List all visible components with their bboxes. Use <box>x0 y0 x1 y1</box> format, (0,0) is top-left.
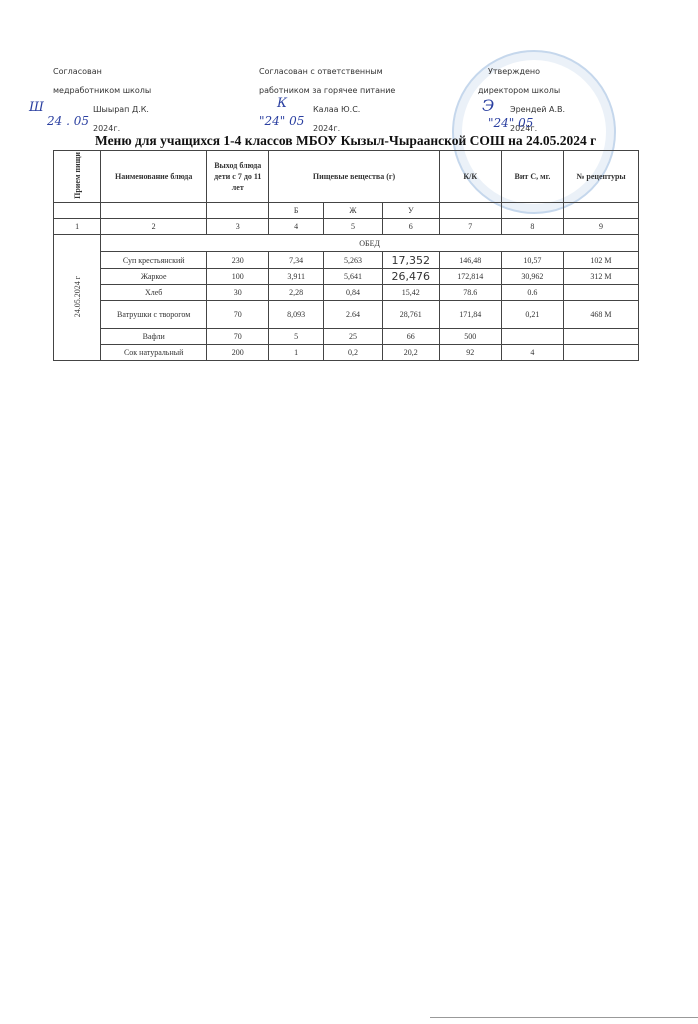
column-number: 1 <box>54 219 101 235</box>
header-recipe: № рецептуры <box>563 151 638 203</box>
carbs-cell: 28,761 <box>382 301 439 329</box>
kcal-cell: 500 <box>439 329 501 345</box>
header-kcal: К/К <box>439 151 501 203</box>
recipe-cell: 102 М <box>563 252 638 269</box>
recipe-cell <box>563 345 638 361</box>
approval-block-food-manager: Согласован с ответственным работником за… <box>259 62 395 138</box>
subheader-fat: Ж <box>323 203 382 219</box>
fat-cell: 5,263 <box>323 252 382 269</box>
column-number: 5 <box>323 219 382 235</box>
dish-name: Вафли <box>101 329 207 345</box>
recipe-cell: 468 М <box>563 301 638 329</box>
column-number: 9 <box>563 219 638 235</box>
vitc-cell: 30,962 <box>501 269 563 285</box>
fat-cell: 0,84 <box>323 285 382 301</box>
column-number-row: 1 2 3 4 5 6 7 8 9 <box>54 219 639 235</box>
handwritten-signature: Э <box>482 96 494 115</box>
vitc-cell: 0,21 <box>501 301 563 329</box>
kcal-cell: 172,814 <box>439 269 501 285</box>
protein-cell: 8,093 <box>269 301 324 329</box>
dish-name: Жаркое <box>101 269 207 285</box>
carbs-cell: 66 <box>382 329 439 345</box>
table-row: Жаркое 100 3,911 5,641 26,476 172,814 30… <box>54 269 639 285</box>
subheader-row: Б Ж У <box>54 203 639 219</box>
yield-cell: 200 <box>207 345 269 361</box>
dish-name: Суп крестьянский <box>101 252 207 269</box>
fat-cell: 25 <box>323 329 382 345</box>
approval-line-1: Согласован с ответственным <box>259 62 395 81</box>
dish-name: Хлеб <box>101 285 207 301</box>
approval-block-medic: Согласован медработником школы Шыырап Д.… <box>53 62 151 138</box>
yield-cell: 100 <box>207 269 269 285</box>
carbs-cell: 17,352 <box>382 252 439 269</box>
table-row: Сок натуральный 200 1 0,2 20,2 92 4 <box>54 345 639 361</box>
fat-cell: 5,641 <box>323 269 382 285</box>
menu-table: Прием пищи Наименование блюда Выход блюд… <box>53 150 639 361</box>
document-title: Меню для учащихся 1-4 классов МБОУ Кызыл… <box>95 133 635 149</box>
kcal-cell: 78.6 <box>439 285 501 301</box>
header-row: Прием пищи Наименование блюда Выход блюд… <box>54 151 639 203</box>
column-number: 8 <box>501 219 563 235</box>
carbs-cell: 15,42 <box>382 285 439 301</box>
column-number: 2 <box>101 219 207 235</box>
vitc-cell <box>501 329 563 345</box>
subheader-carbs: У <box>382 203 439 219</box>
vitc-cell: 10,57 <box>501 252 563 269</box>
protein-cell: 2,28 <box>269 285 324 301</box>
kcal-cell: 171,84 <box>439 301 501 329</box>
approval-line-1: Согласован <box>53 62 151 81</box>
approval-block-director: Утверждено директором школы Эрендей А.В.… <box>478 62 565 138</box>
date-cell: 24.05.2024 г <box>54 235 101 361</box>
fat-cell: 0,2 <box>323 345 382 361</box>
handwritten-date: "24" 05 <box>488 114 533 133</box>
vitc-cell: 0.6 <box>501 285 563 301</box>
handwritten-signature: Ш <box>29 98 44 117</box>
column-number: 4 <box>269 219 324 235</box>
table-row: Суп крестьянский 230 7,34 5,263 17,352 1… <box>54 252 639 269</box>
recipe-cell: 312 М <box>563 269 638 285</box>
column-number: 3 <box>207 219 269 235</box>
recipe-cell <box>563 285 638 301</box>
column-number: 6 <box>382 219 439 235</box>
protein-cell: 5 <box>269 329 324 345</box>
kcal-cell: 146,48 <box>439 252 501 269</box>
kcal-cell: 92 <box>439 345 501 361</box>
header-nutrients: Пищевые вещества (г) <box>269 151 439 203</box>
protein-cell: 7,34 <box>269 252 324 269</box>
handwritten-date: 24 . 05 <box>47 112 89 131</box>
protein-cell: 1 <box>269 345 324 361</box>
yield-cell: 70 <box>207 301 269 329</box>
table-row: Хлеб 30 2,28 0,84 15,42 78.6 0.6 <box>54 285 639 301</box>
dish-name: Сок натуральный <box>101 345 207 361</box>
recipe-cell <box>563 329 638 345</box>
vitc-cell: 4 <box>501 345 563 361</box>
section-row: 24.05.2024 г ОБЕД <box>54 235 639 252</box>
approval-line-2: медработником школы <box>53 81 151 100</box>
table-row: Ватрушки с творогом 70 8,093 2.64 28,761… <box>54 301 639 329</box>
subheader-protein: Б <box>269 203 324 219</box>
section-label: ОБЕД <box>101 235 639 252</box>
header-dish: Наименование блюда <box>101 151 207 203</box>
handwritten-signature: К <box>277 94 287 113</box>
dish-name: Ватрушки с творогом <box>101 301 207 329</box>
header-meal: Прием пищи <box>54 151 101 203</box>
header-yield: Выход блюда дети с 7 до 11 лет <box>207 151 269 203</box>
table-row: Вафли 70 5 25 66 500 <box>54 329 639 345</box>
yield-cell: 70 <box>207 329 269 345</box>
protein-cell: 3,911 <box>269 269 324 285</box>
page-edge-line <box>430 1017 698 1018</box>
yield-cell: 30 <box>207 285 269 301</box>
column-number: 7 <box>439 219 501 235</box>
carbs-cell: 20,2 <box>382 345 439 361</box>
header-vitc: Вит С, мг. <box>501 151 563 203</box>
handwritten-date: "24" 05 <box>259 112 304 131</box>
fat-cell: 2.64 <box>323 301 382 329</box>
approval-line-1: Утверждено <box>478 62 565 81</box>
carbs-cell: 26,476 <box>382 269 439 285</box>
yield-cell: 230 <box>207 252 269 269</box>
